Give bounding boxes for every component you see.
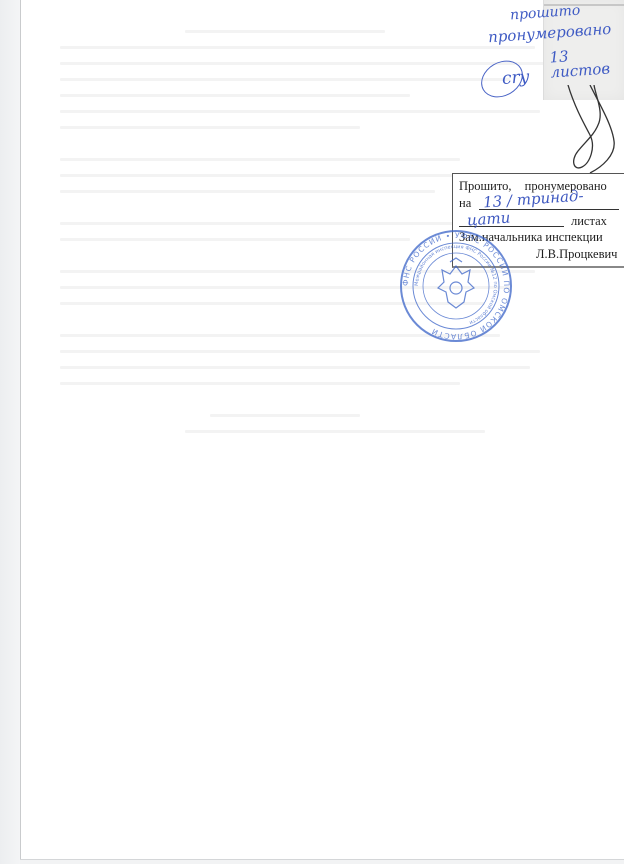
official-stamp-icon: ФНС РОССИИ • УФНС РОССИИ ПО ОМСКОЙ ОБЛАС… (398, 228, 514, 344)
svg-text:Межрайонная инспекция ФНС Росс: Межрайонная инспекция ФНС России №12 по … (414, 244, 498, 325)
signature: cry (501, 69, 529, 88)
binding-thread-icon (560, 85, 624, 175)
label-line-on: на (459, 196, 471, 211)
label-line-name: Л.В.Процкевич (536, 247, 617, 262)
page-edge-bottom (20, 859, 624, 864)
handwritten-note-line: 13 листов (549, 45, 624, 80)
label-line-sheets: листах (571, 214, 607, 229)
page-edge-left (0, 0, 21, 864)
handwritten-sheet-count-cont: цати (466, 209, 510, 230)
